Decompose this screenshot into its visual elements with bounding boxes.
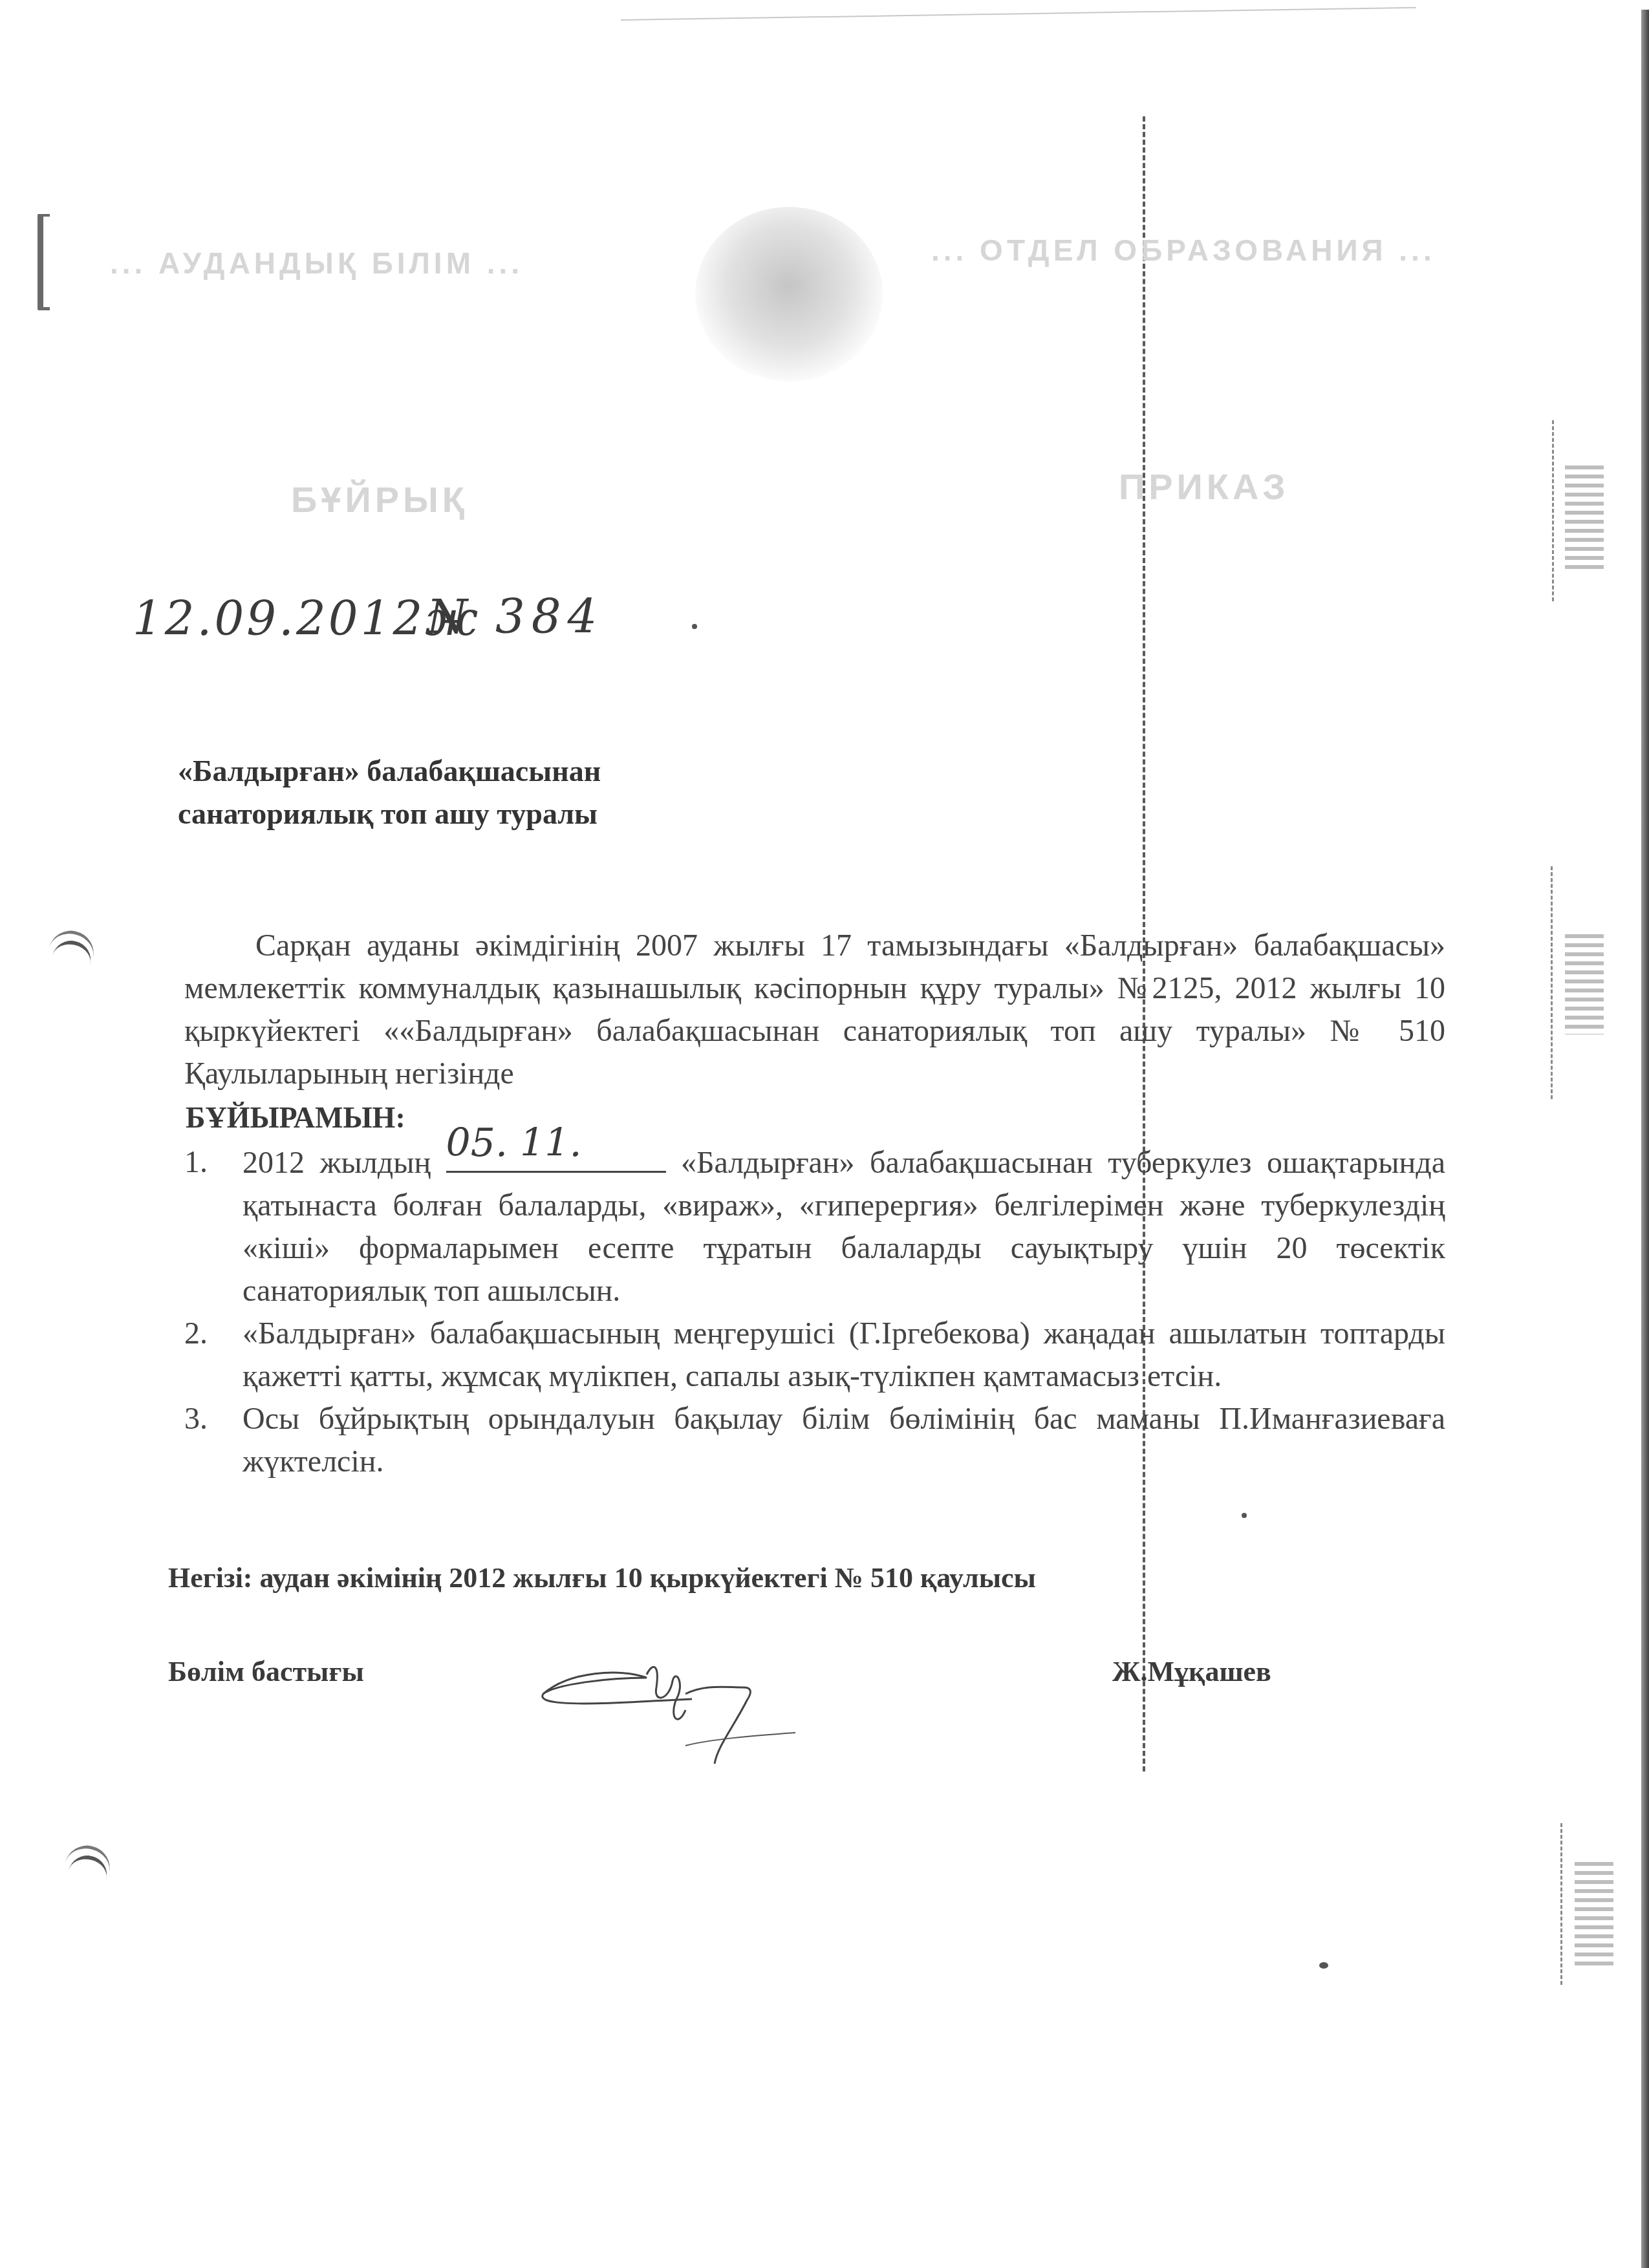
order-item-3: 3. Осы бұйрықтың орындалуын бақылау білі… bbox=[184, 1398, 1445, 1483]
item-number: 3. bbox=[184, 1398, 208, 1440]
speck bbox=[692, 624, 697, 629]
title-line-1: «Балдырған» балабақшасынан bbox=[178, 750, 601, 793]
hole-punch-mark-icon bbox=[64, 1841, 114, 1879]
item-number: 2. bbox=[184, 1312, 208, 1355]
item-text: «Балдырған» балабақшасының меңгерушісі (… bbox=[242, 1316, 1445, 1393]
stamp-ghost-artifact bbox=[1575, 1862, 1613, 1965]
signatory-title: Бөлім бастығы bbox=[168, 1655, 364, 1688]
letterhead-doc-type-ru: ПРИКАЗ bbox=[1119, 465, 1289, 508]
binding-bracket-mark bbox=[38, 214, 50, 310]
order-items-list: 1. 2012 жылдың 05. 11. «Балдырған» балаб… bbox=[184, 1141, 1445, 1483]
handwritten-date-blank: 05. 11. bbox=[446, 1141, 666, 1173]
item-number: 1. bbox=[184, 1141, 208, 1184]
handwritten-order-number: N 384 bbox=[427, 590, 603, 644]
speck bbox=[1242, 1513, 1247, 1518]
letterhead-doc-type-kz: БҰЙРЫҚ bbox=[291, 478, 468, 520]
signatory-name: Ж.Мұқашев bbox=[1112, 1655, 1271, 1688]
title-line-2: санаториялық топ ашу туралы bbox=[178, 793, 601, 835]
item-text-before-blank: 2012 жылдың bbox=[242, 1146, 431, 1180]
letterhead-left-org: ... АУДАНДЫҚ БІЛІМ ... bbox=[110, 246, 523, 281]
item-text: Осы бұйрықтың орындалуын бақылау білім б… bbox=[242, 1402, 1445, 1479]
order-item-2: 2. «Балдырған» балабақшасының меңгерушіс… bbox=[184, 1312, 1445, 1398]
letterhead-right-org: ... ОТДЕЛ ОБРАЗОВАНИЯ ... bbox=[931, 233, 1436, 268]
handwritten-signature-icon bbox=[530, 1649, 802, 1765]
edge-line-artifact bbox=[1560, 1823, 1562, 1985]
stamp-ghost-artifact bbox=[1565, 465, 1604, 569]
edge-line-artifact bbox=[1551, 866, 1553, 1099]
handwritten-opening-date: 05. 11. bbox=[446, 1122, 582, 1164]
hole-punch-mark-icon bbox=[48, 926, 98, 964]
preamble-paragraph: Сарқан ауданы әкімдігінің 2007 жылғы 17 … bbox=[184, 925, 1445, 1095]
scan-line-artifact bbox=[621, 7, 1416, 21]
order-heading: БҰЙЫРАМЫН: bbox=[186, 1100, 405, 1135]
order-item-1: 1. 2012 жылдың 05. 11. «Балдырған» балаб… bbox=[184, 1141, 1445, 1312]
scan-edge-shadow bbox=[1641, 10, 1649, 2268]
edge-line-artifact bbox=[1552, 420, 1554, 601]
speck bbox=[1319, 1962, 1328, 1969]
stamp-ghost-artifact bbox=[1565, 934, 1604, 1034]
state-emblem-icon bbox=[695, 207, 883, 381]
basis-line: Негізі: аудан әкімінің 2012 жылғы 10 қыр… bbox=[168, 1561, 1036, 1594]
document-title: «Балдырған» балабақшасынан санаториялық … bbox=[178, 750, 601, 835]
